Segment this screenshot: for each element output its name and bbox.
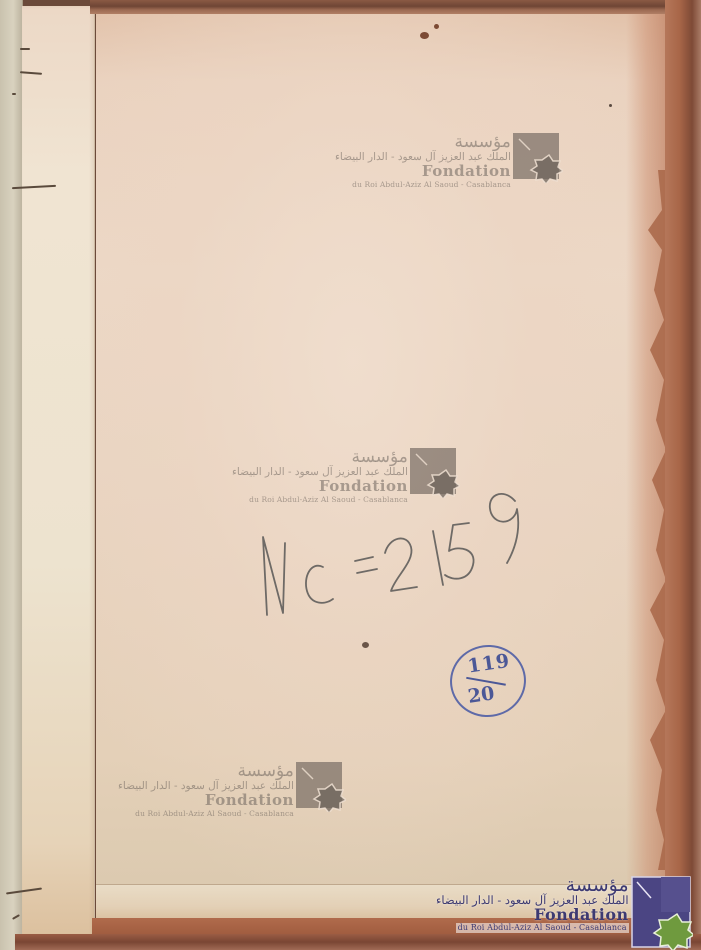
ink-spot xyxy=(434,24,439,29)
ink-spot xyxy=(362,642,369,648)
watermark-arabic-title: مؤسسة xyxy=(566,876,629,894)
manuscript-scan: مؤسسة الملك عبد العزيز آل سعود - الدار ا… xyxy=(0,0,701,950)
watermark-arabic-title: مؤسسة xyxy=(237,762,293,780)
ink-spot xyxy=(609,104,612,107)
handwritten-shelfmark: NC 2159 xyxy=(245,465,535,625)
watermark-latin-title: Fondation xyxy=(422,163,511,180)
watermark-arabic-title: مؤسسة xyxy=(454,133,510,151)
foundation-logo-icon xyxy=(513,133,563,183)
watermark-latin-title: Fondation xyxy=(534,906,629,923)
watermark-latin-subtitle: du Roi Abdul-Aziz Al Saoud - Casablanca xyxy=(456,923,629,933)
stamp-numerator: 119 xyxy=(466,650,511,678)
watermark-lower-left: مؤسسة الملك عبد العزيز آل سعود - الدار ا… xyxy=(118,762,346,819)
watermark-latin-subtitle: du Roi Abdul-Aziz Al Saoud - Casablanca xyxy=(135,809,294,819)
watermark-latin-subtitle: du Roi Abdul-Aziz Al Saoud - Casablanca xyxy=(352,180,511,190)
binding-stitch xyxy=(20,71,42,75)
watermark-latin-title: Fondation xyxy=(205,792,294,809)
watermark-top: مؤسسة الملك عبد العزيز آل سعود - الدار ا… xyxy=(335,133,563,190)
flyleaf-edge xyxy=(0,0,23,950)
ink-spot xyxy=(420,32,429,39)
binding-stitch xyxy=(20,48,30,50)
leather-cover-right xyxy=(665,0,701,950)
leather-cover-top xyxy=(90,0,701,14)
watermark-bottom-right: مؤسسة الملك عبد العزيز آل سعود - الدار ا… xyxy=(436,876,693,950)
binding-stitch xyxy=(12,93,16,95)
flyleaf-strip xyxy=(22,6,95,936)
foundation-logo-icon xyxy=(631,876,693,950)
foundation-logo-icon xyxy=(296,762,346,812)
stamp-denominator: 20 xyxy=(466,682,495,707)
watermark-arabic-title: مؤسسة xyxy=(351,448,407,466)
